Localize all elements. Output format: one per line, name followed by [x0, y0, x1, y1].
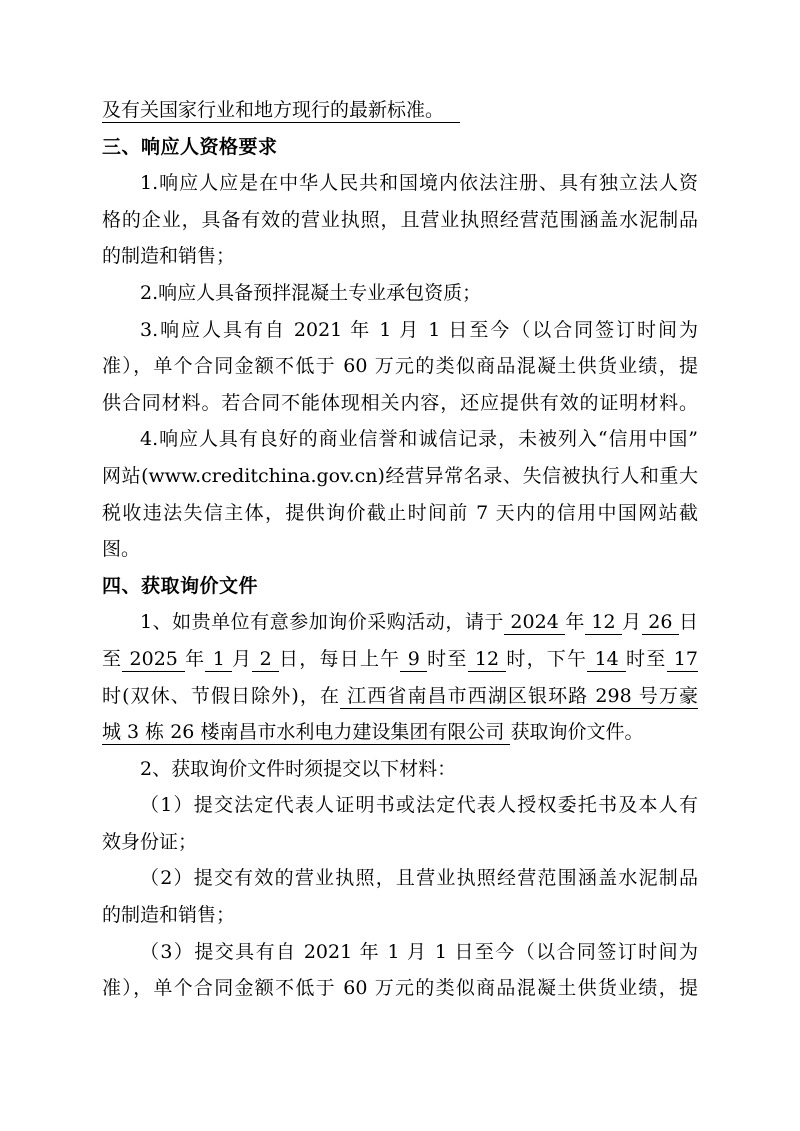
text-segment: 年	[565, 611, 585, 633]
underlined-text-segment: 2025	[122, 648, 185, 672]
underlined-text-segment: 1	[205, 648, 232, 672]
text-segment: 1.响应人应是在中华人民共和国境内依法注册、具有独立法人资	[140, 172, 698, 194]
text-segment: 时至	[626, 648, 666, 670]
text-line: 图。	[102, 531, 698, 568]
text-line: 城 3 栋 26 楼南昌市水利电力建设集团有限公司 获取询价文件。	[102, 714, 698, 751]
document-page: 及有关国家行业和地方现行的最新标准。三、响应人资格要求1.响应人应是在中华人民共…	[0, 0, 800, 1131]
text-segment: 四、获取询价文件	[102, 575, 258, 597]
text-line: （2）提交有效的营业执照，且营业执照经营范围涵盖水泥制品	[102, 860, 698, 897]
text-segment: （3）提交具有自 2021 年 1 月 1 日至今（以合同签订时间为	[140, 941, 698, 963]
text-segment: 时(双休、节假日除外)，在	[102, 685, 340, 707]
text-line: （1）提交法定代表人证明书或法定代表人授权委托书及本人有	[102, 787, 698, 824]
underlined-text-segment: 2024	[504, 611, 565, 635]
text-segment: 月	[232, 648, 252, 670]
text-line: 效身份证；	[102, 824, 698, 861]
text-line: 2.响应人具备预拌混凝土专业承包资质；	[102, 275, 698, 312]
text-segment: 时至	[427, 648, 467, 670]
underlined-text-segment: 城 3 栋 26 楼南昌市水利电力建设集团有限公司	[102, 721, 510, 745]
text-segment: 4.响应人具有良好的商业信誉和诚信记录，未被列入“信用中国”	[140, 428, 698, 450]
section-heading: 四、获取询价文件	[102, 568, 698, 605]
underlined-text-segment: 14	[587, 648, 626, 672]
text-segment: 日，每日上午	[279, 648, 400, 670]
text-line: 准），单个合同金额不低于 60 万元的类似商品混凝土供货业绩，提	[102, 970, 698, 1007]
text-line: 1.响应人应是在中华人民共和国境内依法注册、具有独立法人资	[102, 165, 698, 202]
text-line: 供合同材料。若合同不能体现相关内容，还应提供有效的证明材料。	[102, 385, 698, 422]
text-segment: 效身份证；	[102, 831, 197, 853]
document-content: 及有关国家行业和地方现行的最新标准。三、响应人资格要求1.响应人应是在中华人民共…	[102, 92, 698, 1007]
text-segment: 2.响应人具备预拌混凝土专业承包资质；	[140, 282, 481, 304]
text-line: 至 2025 年 1 月 2 日，每日上午 9 时至 12 时，下午 14 时至…	[102, 641, 698, 678]
underlined-text-segment: 17	[667, 648, 698, 672]
underlined-text-segment: 26	[642, 611, 679, 635]
text-line: 税收违法失信主体，提供询价截止时间前 7 天内的信用中国网站截	[102, 495, 698, 532]
text-segment: 年	[185, 648, 205, 670]
text-line: 及有关国家行业和地方现行的最新标准。	[102, 92, 698, 129]
underlined-text-segment: 9	[400, 648, 427, 672]
text-segment: 格的企业，具备有效的营业执照，且营业执照经营范围涵盖水泥制品	[102, 209, 698, 231]
underlined-text-segment: 江西省南昌市西湖区银环路 298 号万豪	[340, 685, 698, 709]
text-segment: （2）提交有效的营业执照，且营业执照经营范围涵盖水泥制品	[140, 867, 698, 889]
underlined-text-segment: 及有关国家行业和地方现行的最新标准。	[102, 99, 460, 123]
text-segment: 税收违法失信主体，提供询价截止时间前 7 天内的信用中国网站截	[102, 502, 698, 524]
text-line: 3.响应人具有自 2021 年 1 月 1 日至今（以合同签订时间为	[102, 312, 698, 349]
text-line: 时(双休、节假日除外)，在 江西省南昌市西湖区银环路 298 号万豪	[102, 678, 698, 715]
text-segment: 至	[102, 648, 122, 670]
text-line: 的制造和销售；	[102, 238, 698, 275]
text-line: 4.响应人具有良好的商业信誉和诚信记录，未被列入“信用中国”	[102, 421, 698, 458]
section-heading: 三、响应人资格要求	[102, 129, 698, 166]
text-segment: 时，下午	[506, 648, 587, 670]
underlined-text-segment: 12	[585, 611, 622, 635]
text-segment: 3.响应人具有自 2021 年 1 月 1 日至今（以合同签订时间为	[140, 319, 698, 341]
text-segment: 的制造和销售；	[102, 245, 235, 267]
underlined-text-segment: 2	[252, 648, 279, 672]
text-line: 格的企业，具备有效的营业执照，且营业执照经营范围涵盖水泥制品	[102, 202, 698, 239]
text-segment: 2、获取询价文件时须提交以下材料：	[140, 758, 456, 780]
text-segment: 网站(www.creditchina.gov.cn)经营异常名录、失信被执行人和…	[102, 465, 698, 487]
text-segment: 1、如贵单位有意参加询价采购活动，请于	[140, 611, 504, 633]
text-segment: （1）提交法定代表人证明书或法定代表人授权委托书及本人有	[140, 794, 698, 816]
text-segment: 供合同材料。若合同不能体现相关内容，还应提供有效的证明材料。	[102, 392, 698, 414]
text-segment: 准），单个合同金额不低于 60 万元的类似商品混凝土供货业绩，提	[102, 977, 698, 999]
underlined-text-segment: 12	[468, 648, 507, 672]
text-segment: 获取询价文件。	[510, 721, 643, 743]
text-line: （3）提交具有自 2021 年 1 月 1 日至今（以合同签订时间为	[102, 934, 698, 971]
text-segment: 准），单个合同金额不低于 60 万元的类似商品混凝土供货业绩，提	[102, 355, 698, 377]
text-segment: 月	[622, 611, 642, 633]
text-line: 的制造和销售；	[102, 897, 698, 934]
text-segment: 三、响应人资格要求	[102, 136, 278, 158]
text-segment: 的制造和销售；	[102, 904, 235, 926]
text-line: 网站(www.creditchina.gov.cn)经营异常名录、失信被执行人和…	[102, 458, 698, 495]
text-line: 准），单个合同金额不低于 60 万元的类似商品混凝土供货业绩，提	[102, 348, 698, 385]
text-segment: 日	[679, 611, 698, 633]
text-line: 1、如贵单位有意参加询价采购活动，请于 2024 年 12 月 26 日	[102, 604, 698, 641]
text-line: 2、获取询价文件时须提交以下材料：	[102, 751, 698, 788]
text-segment: 图。	[102, 538, 140, 560]
